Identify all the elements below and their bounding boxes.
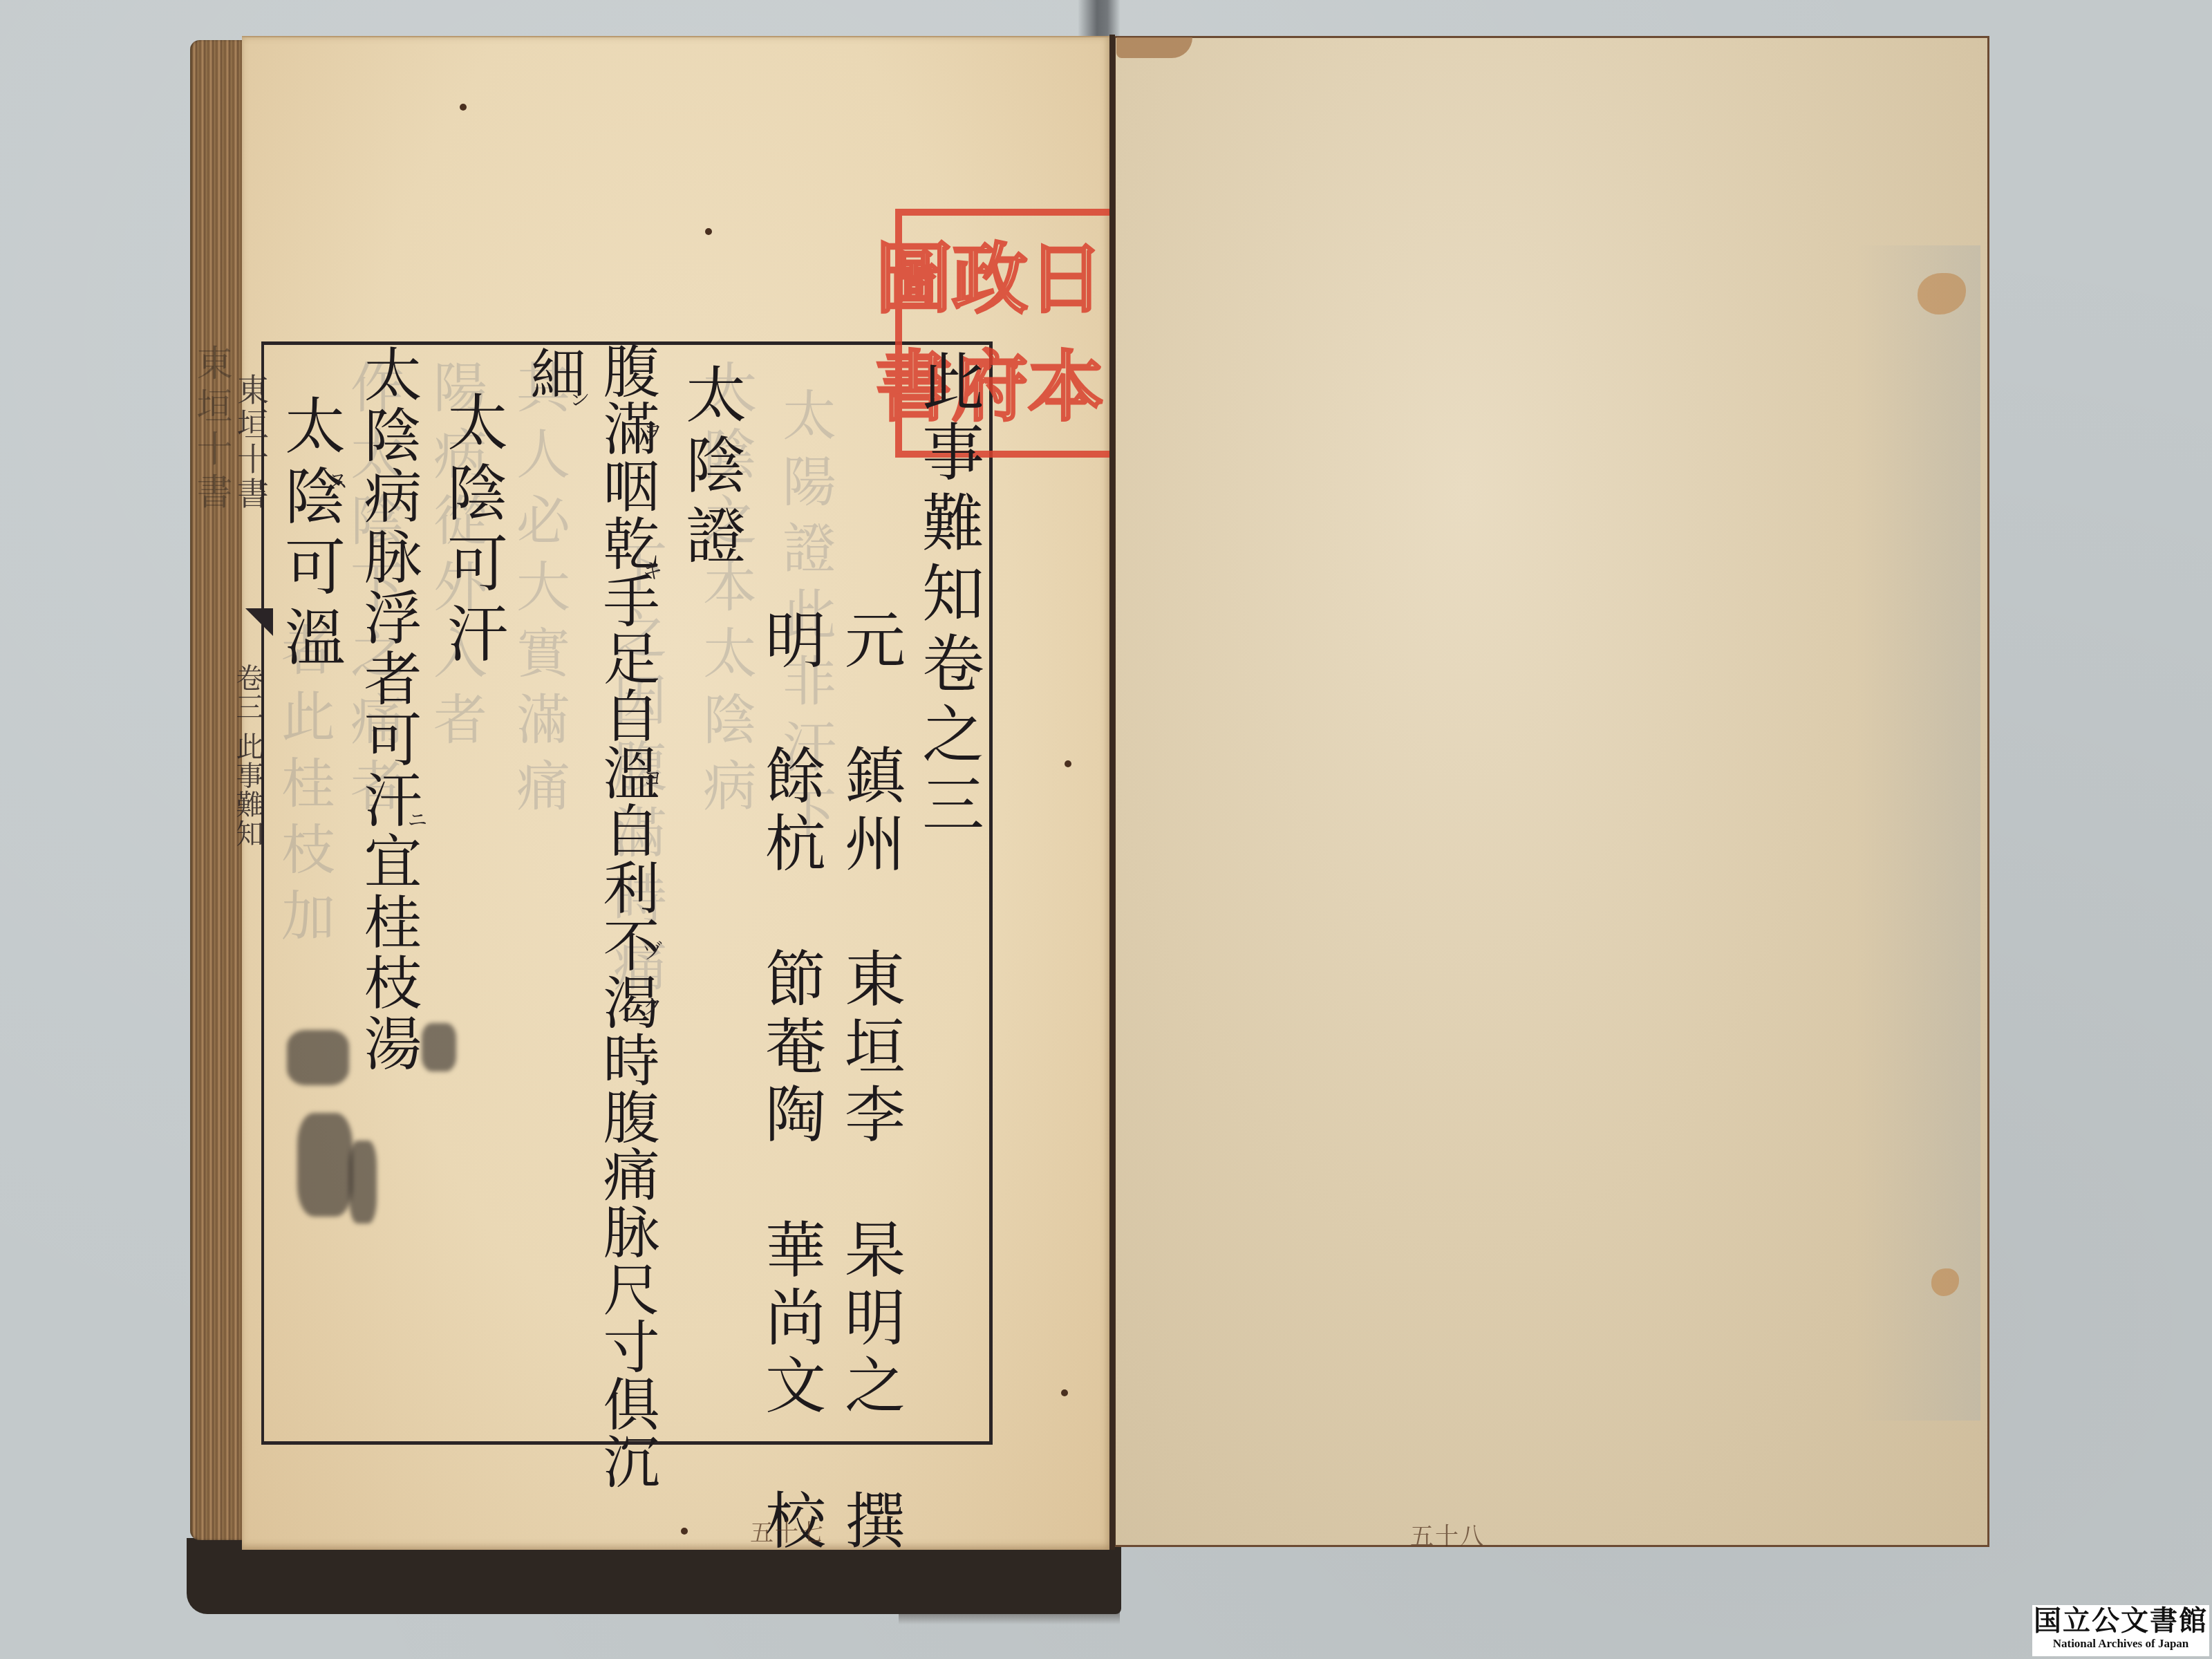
kunten-mark: ヲ: [639, 422, 660, 442]
column-heading: 太陰證: [681, 363, 742, 574]
book-cover-shadow: [899, 1597, 1120, 1624]
fold-strip-series-title: 東垣十書: [228, 373, 274, 512]
kunten-mark: ヅ: [639, 940, 660, 961]
logo-japanese: 国立公文書館: [2032, 1605, 2209, 1637]
column-title: 此事難知卷之三: [916, 349, 978, 843]
wormhole: [681, 1528, 688, 1535]
seal-char: 本: [1028, 333, 1104, 441]
kunten-mark: ス: [325, 470, 346, 491]
column-rule-heading: 太陰可汗: [442, 391, 503, 673]
kunten-mark: ヨ: [639, 767, 660, 788]
seal-char: 政: [952, 225, 1028, 333]
ink-smudge: [297, 1113, 353, 1217]
wormhole: [1065, 760, 1071, 767]
wormhole: [705, 228, 712, 235]
wormhole: [1061, 1389, 1068, 1396]
column-rule-heading-2: 太陰可溫: [280, 394, 341, 676]
right-page-shading: [1856, 245, 1980, 1421]
kunten-mark: キ: [639, 560, 660, 581]
column-author: 元 鎮州 東垣李 杲明之 撰: [840, 608, 901, 1557]
fold-strip-volume-title: 卷三 此事難知: [228, 664, 268, 848]
column-editor: 明 餘杭 節菴陶 華尚文 校: [760, 608, 821, 1557]
right-page-blank: [1114, 36, 1989, 1547]
kunten-mark: ク: [639, 995, 660, 1016]
wormhole: [460, 104, 467, 111]
column-rule-body: 太陰病脉浮者可汗宜桂枝湯: [359, 344, 418, 1074]
ink-smudge: [287, 1030, 349, 1085]
kunten-mark: ニ: [404, 809, 425, 829]
right-page-number-mark: 五十八: [1410, 1517, 1485, 1551]
left-page-number-mark: 五十七: [750, 1514, 825, 1548]
ink-smudge: [349, 1141, 377, 1224]
book-gutter: [1109, 35, 1115, 1550]
kunten-mark: シ: [567, 387, 588, 408]
column-body: 腹滿咽乾手足自溫自利不渴時腹痛脉尺寸俱沉: [598, 342, 655, 1490]
logo-english: National Archives of Japan: [2032, 1637, 2209, 1651]
fishtail-mark: [245, 608, 273, 636]
ink-smudge: [422, 1023, 456, 1071]
national-archives-logo: 国立公文書館 National Archives of Japan: [2032, 1605, 2209, 1656]
page-top-damage: [1116, 37, 1192, 58]
seal-char: 日: [1028, 225, 1104, 333]
seal-char: 圖: [876, 225, 952, 333]
